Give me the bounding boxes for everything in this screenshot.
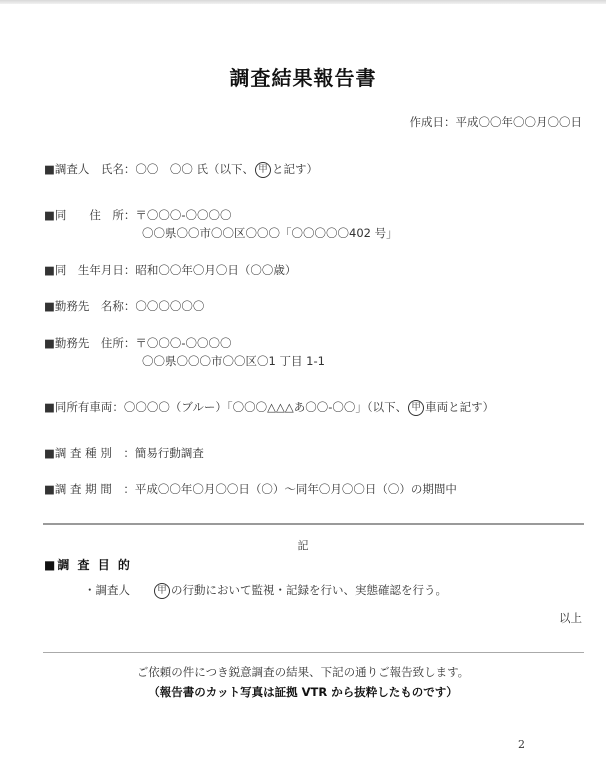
field-value: 〇〇〇〇（ブルー）「〇〇〇△△△あ〇〇-〇〇」（以下、 (124, 400, 407, 414)
photo-note: （報告書のカット写真は証拠 VTR から抜粋したものです） (0, 684, 606, 700)
field-label: ■勤務先 住所： (44, 336, 135, 350)
circled-kou-icon: 甲 (154, 583, 170, 599)
field-label: ■同 生年月日： (44, 263, 135, 277)
field-value: 〒〇〇〇-〇〇〇〇 (135, 208, 231, 222)
field-employer-address-line2: 〇〇県〇〇〇市〇〇区〇1 丁目 1-1 (142, 353, 325, 369)
field-label: ■調 査 期 間 ： (44, 482, 135, 496)
field-value: 平成〇〇年〇月〇〇日（〇）～同年〇月〇〇日（〇）の期間中 (135, 482, 457, 496)
field-subject-address-line2: 〇〇県〇〇市〇〇区〇〇〇「〇〇〇〇〇402 号」 (142, 225, 398, 241)
field-employer-name: ■勤務先 名称：〇〇〇〇〇〇 (44, 298, 204, 314)
field-value: 昭和〇〇年〇月〇日（〇〇歳） (135, 263, 296, 277)
field-investigation-type: ■調 査 種 別 ：簡易行動調査 (44, 445, 204, 461)
ijo-closing-mark: 以上 (559, 610, 582, 626)
field-subject-address: ■同 住 所：〒〇〇〇-〇〇〇〇 (44, 207, 232, 223)
purpose-body: の行動において監視・記録を行い、実態確認を行う。 (171, 583, 447, 597)
page-number: 2 (518, 738, 525, 751)
field-value: 簡易行動調査 (135, 446, 204, 460)
circled-kou-icon: 甲 (408, 400, 424, 416)
viewer-top-edge (0, 0, 606, 4)
circled-kou-icon: 甲 (255, 162, 271, 178)
field-investigation-period: ■調 査 期 間 ：平成〇〇年〇月〇〇日（〇）～同年〇月〇〇日（〇）の期間中 (44, 481, 457, 497)
created-date: 作成日：平成〇〇年〇〇月〇〇日 (410, 114, 583, 130)
field-value: 〇〇〇〇〇〇 (135, 299, 204, 313)
field-label: ■調査人 氏名： (44, 162, 135, 176)
purpose-heading: ■調 査 目 的 (44, 556, 132, 573)
field-subject-name: ■調査人 氏名：〇〇 〇〇 氏（以下、甲と記す） (44, 161, 318, 178)
field-label: ■同 住 所： (44, 208, 135, 222)
field-birth-date: ■同 生年月日：昭和〇〇年〇月〇日（〇〇歳） (44, 262, 296, 278)
purpose-prefix: ・調査人 (84, 583, 153, 597)
field-vehicle: ■同所有車両：〇〇〇〇（ブルー）「〇〇〇△△△あ〇〇-〇〇」（以下、甲車両と記す… (44, 399, 494, 416)
field-value-suffix: と記す） (272, 162, 318, 176)
field-employer-address: ■勤務先 住所：〒〇〇〇-〇〇〇〇 (44, 335, 232, 351)
field-label: ■勤務先 名称： (44, 299, 135, 313)
field-value-suffix: 車両と記す） (425, 400, 494, 414)
section-divider-bottom (43, 652, 584, 653)
purpose-text: ・調査人 甲の行動において監視・記録を行い、実態確認を行う。 (84, 582, 447, 599)
closing-statement: ご依頼の件につき鋭意調査の結果、下記の通りご報告致します。 (0, 664, 606, 680)
document-title: 調査結果報告書 (0, 62, 606, 91)
field-value: 〒〇〇〇-〇〇〇〇 (135, 336, 231, 350)
field-label: ■調 査 種 別 ： (44, 446, 135, 460)
field-value: 〇〇 〇〇 氏（以下、 (135, 162, 254, 176)
field-label: ■同所有車両： (44, 400, 124, 414)
section-divider-top (43, 523, 584, 525)
ki-heading: 記 (0, 537, 606, 553)
